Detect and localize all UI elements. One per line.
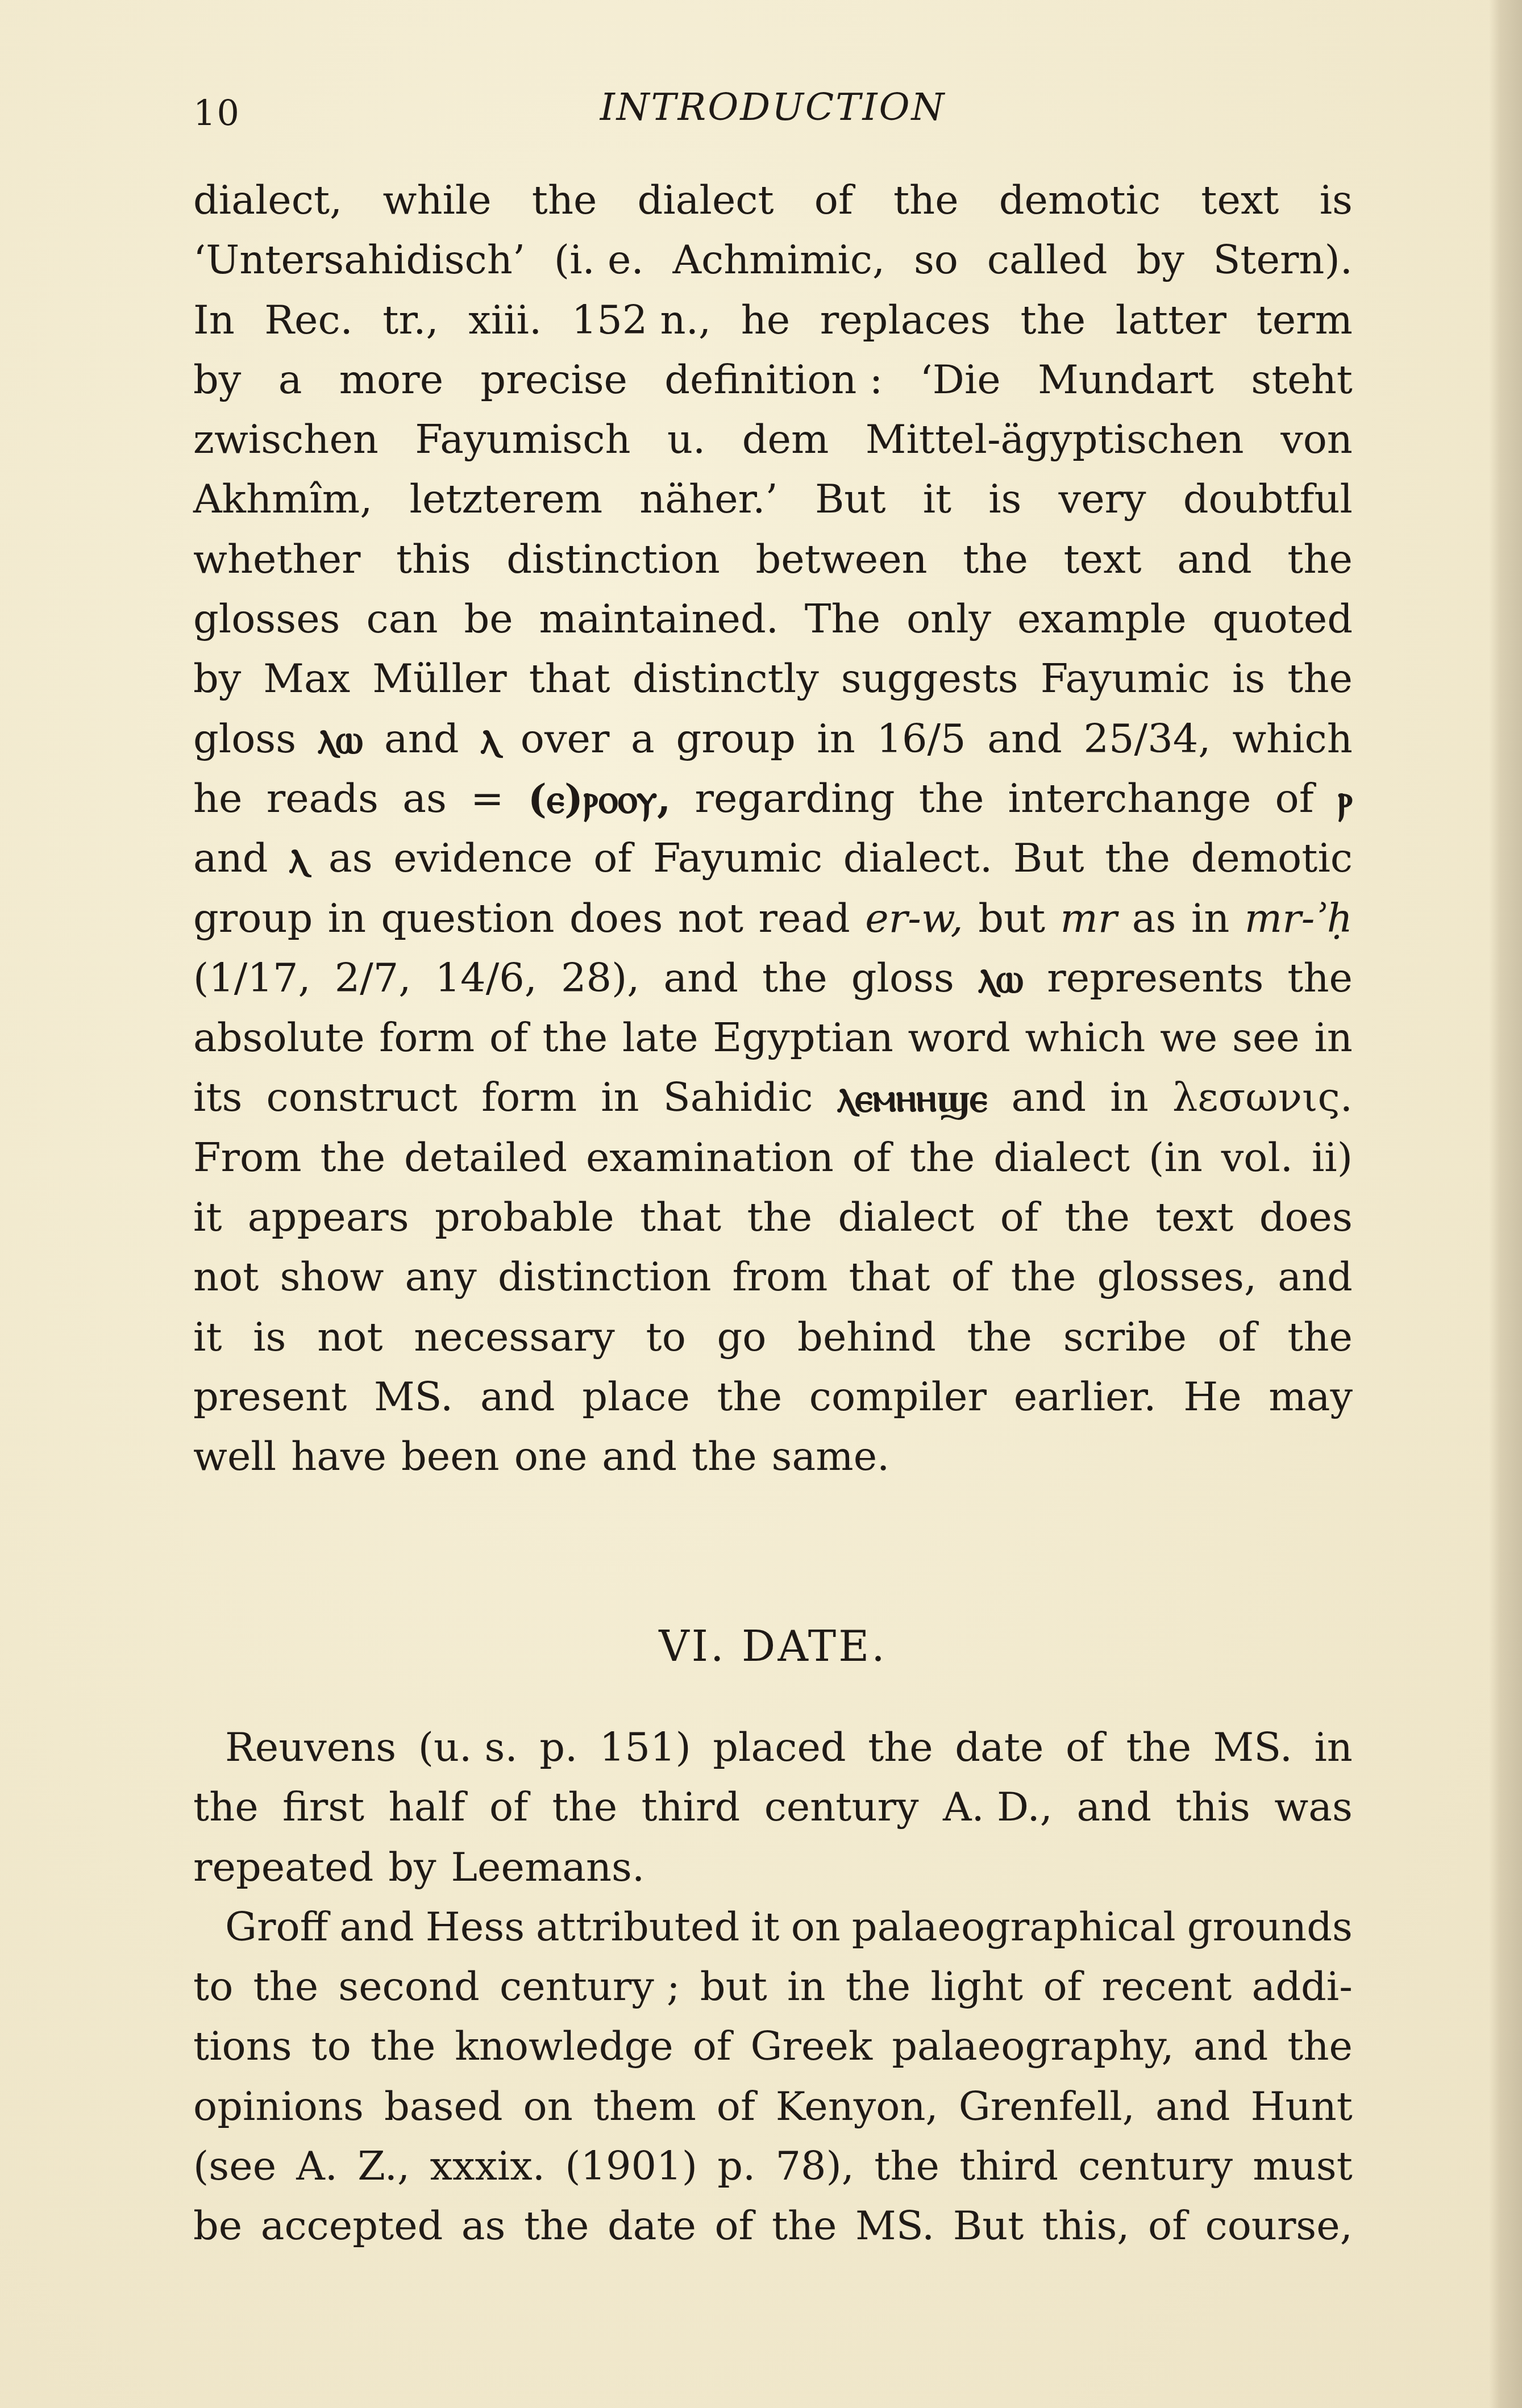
- text-line: andⲗasevidenceofFayumicdialect.Butthedem…: [193, 828, 1353, 888]
- word: attributed: [536, 1897, 739, 1957]
- word: gloss: [193, 709, 296, 769]
- word: MS.: [855, 2196, 934, 2256]
- word: of: [489, 1008, 528, 1068]
- word: half: [389, 1777, 465, 1837]
- word: the: [967, 1307, 1032, 1367]
- word: (1/17,: [193, 948, 311, 1008]
- word: example: [1017, 589, 1187, 649]
- word: construct: [267, 1068, 458, 1127]
- word: can: [366, 589, 438, 649]
- word: the: [1287, 1307, 1353, 1367]
- word: necessary: [414, 1307, 615, 1367]
- section-heading-date: VI. DATE.: [193, 1622, 1353, 1671]
- word: accepted: [261, 2196, 443, 2256]
- word: Fayumic: [1041, 649, 1210, 709]
- word: Mundart: [1038, 350, 1214, 410]
- word: does: [569, 889, 663, 948]
- text-line: byMaxMüllerthatdistinctlysuggestsFayumic…: [193, 649, 1353, 709]
- word: scribe: [1063, 1307, 1187, 1367]
- word: p.: [717, 2136, 755, 2196]
- word: question: [381, 889, 555, 948]
- word: have: [291, 1427, 386, 1486]
- book-page: 10 INTRODUCTION dialect,whilethedialecto…: [0, 0, 1522, 2408]
- word: In: [193, 290, 235, 350]
- word: he: [741, 290, 791, 350]
- word: =: [471, 769, 504, 828]
- word: Egyptian: [713, 1008, 893, 1068]
- word: Stern).: [1213, 230, 1353, 290]
- word: the: [762, 948, 827, 1008]
- text-line: ‘Untersahidisch’(i. e.Achmimic,socalledb…: [193, 230, 1353, 290]
- word: and: [1155, 2077, 1230, 2136]
- word: of: [489, 1777, 528, 1837]
- word: (1901): [565, 2136, 697, 2196]
- word: by: [1136, 230, 1184, 290]
- word: demotic: [999, 170, 1161, 230]
- word: Grenfell,: [959, 2077, 1135, 2136]
- word: mr: [1061, 889, 1117, 948]
- word: and: [1177, 530, 1252, 589]
- word: the: [910, 1128, 975, 1188]
- word: latter: [1116, 290, 1226, 350]
- word: But: [815, 469, 886, 529]
- word: λεσωνις.: [1172, 1068, 1353, 1127]
- word: the: [193, 1777, 259, 1837]
- word: the: [1021, 290, 1086, 350]
- word: and: [1194, 2017, 1269, 2076]
- text-line: beacceptedasthedateoftheMS.Butthis,ofcou…: [193, 2196, 1353, 2256]
- word: not: [317, 1307, 382, 1367]
- text-line: Fromthedetailedexaminationofthedialect(i…: [193, 1128, 1353, 1188]
- text-line: repeatedbyLeemans.: [193, 1838, 1353, 1897]
- word: of: [693, 2017, 731, 2076]
- word: first: [282, 1777, 364, 1837]
- word: mr-ʾḥ: [1245, 889, 1353, 948]
- word: which: [1232, 709, 1353, 769]
- word: the: [543, 1008, 608, 1068]
- word: a: [631, 709, 655, 769]
- text-line: (1/17,2/7,14/6,28),andtheglossⲗⲱrepresen…: [193, 948, 1353, 1008]
- word: based: [384, 2077, 503, 2136]
- word: be: [464, 589, 513, 649]
- word: ⲗⲱ: [978, 948, 1024, 1008]
- text-line: notshowanydistinctionfromthatoftheglosse…: [193, 1247, 1353, 1307]
- word: of: [853, 1128, 891, 1188]
- text-line: GroffandHessattributeditonpalaeographica…: [193, 1897, 1353, 1957]
- word: 2/7,: [335, 948, 411, 1008]
- word: tr.,: [382, 290, 438, 350]
- word: read: [759, 889, 850, 948]
- word: earlier.: [1014, 1367, 1157, 1427]
- word: Leemans.: [451, 1838, 645, 1897]
- word: of: [714, 2196, 753, 2256]
- word: the: [846, 1957, 911, 2017]
- word: be: [193, 2196, 242, 2256]
- word: (see: [193, 2136, 276, 2196]
- word: behind: [797, 1307, 936, 1367]
- word: and: [480, 1367, 555, 1427]
- word: and: [384, 709, 459, 769]
- word: demotic: [1191, 828, 1353, 888]
- word: to: [311, 2017, 351, 2076]
- word: compiler: [809, 1367, 987, 1427]
- word: by: [193, 350, 241, 410]
- word: is: [1320, 170, 1353, 230]
- word: 16/5: [876, 709, 966, 769]
- word: over: [521, 709, 610, 769]
- word: interchange: [1008, 769, 1251, 828]
- word: of: [717, 2077, 755, 2136]
- word: gloss: [851, 948, 954, 1008]
- word: ⲗ: [289, 828, 307, 888]
- word: dialect,: [193, 170, 342, 230]
- word: tions: [193, 2017, 292, 2076]
- word: ‘Die: [920, 350, 1001, 410]
- text-line: byamoreprecisedefinition :‘DieMundartste…: [193, 350, 1353, 410]
- word: and: [1076, 1777, 1151, 1837]
- text-line: itsconstructforminSahidicⲗⲉⲙⲏⲏϣⲉandinλεσ…: [193, 1068, 1353, 1127]
- word: A. D.,: [943, 1777, 1053, 1837]
- word: 151): [600, 1718, 691, 1777]
- word: zwischen: [193, 410, 379, 469]
- word: in: [787, 1957, 825, 2017]
- word: steht: [1251, 350, 1353, 410]
- text-line: whetherthisdistinctionbetweenthetextandt…: [193, 530, 1353, 589]
- word: er-w,: [865, 889, 963, 948]
- word: in: [328, 889, 366, 948]
- word: quoted: [1213, 589, 1353, 649]
- word: century: [1078, 2136, 1233, 2196]
- word: this: [1175, 1777, 1250, 1837]
- word: He: [1183, 1367, 1241, 1427]
- word: dialect: [838, 1188, 974, 1247]
- word: date: [955, 1718, 1043, 1777]
- word: xiii.: [468, 290, 542, 350]
- text-line: wellhavebeenoneandthesame.: [193, 1427, 1353, 1486]
- word: the: [692, 1427, 757, 1486]
- word: in: [601, 1068, 639, 1127]
- word: 25/34,: [1084, 709, 1211, 769]
- word: that: [849, 1247, 930, 1307]
- word: repeated: [193, 1838, 373, 1897]
- word: so: [914, 230, 958, 290]
- word: to: [193, 1957, 233, 2017]
- word: as: [402, 769, 447, 828]
- word: the: [1287, 2017, 1353, 2076]
- word: palaeographical: [852, 1897, 1176, 1957]
- word: by: [193, 649, 241, 709]
- word: of: [814, 170, 853, 230]
- text-line: opinionsbasedonthemofKenyon,Grenfell,and…: [193, 2077, 1353, 2136]
- word: was: [1274, 1777, 1353, 1837]
- word: them: [593, 2077, 696, 2136]
- word: as: [461, 2196, 506, 2256]
- word: more: [339, 350, 443, 410]
- word: Fayumic: [653, 828, 822, 888]
- word: Max: [263, 649, 350, 709]
- word: (ⲉ)ⲣⲟⲟⲩ,: [528, 769, 671, 828]
- word: century ;: [500, 1957, 680, 2017]
- word: to: [646, 1307, 686, 1367]
- word: But: [953, 2196, 1024, 2256]
- word: MS.: [374, 1367, 453, 1427]
- word: of: [951, 1247, 990, 1307]
- word: Greek: [751, 2017, 873, 2076]
- word: definition :: [664, 350, 883, 410]
- word: but: [700, 1957, 767, 2017]
- word: this: [396, 530, 471, 589]
- word: the: [524, 2196, 589, 2256]
- word: dialect: [638, 170, 774, 230]
- running-head: INTRODUCTION: [193, 85, 1353, 129]
- word: form: [379, 1008, 475, 1068]
- word: regarding: [695, 769, 895, 828]
- word: in: [1314, 1008, 1352, 1068]
- word: course,: [1205, 2196, 1353, 2256]
- word: and: [193, 828, 268, 888]
- text-line: InRec.tr.,xiii.152 n.,hereplacesthelatte…: [193, 290, 1353, 350]
- word: glosses: [193, 589, 340, 649]
- word: placed: [713, 1718, 846, 1777]
- word: may: [1269, 1367, 1353, 1427]
- word: absolute: [193, 1008, 365, 1068]
- word: on: [791, 1897, 841, 1957]
- text-line: tothesecondcentury ;butinthelightofrecen…: [193, 1957, 1353, 2017]
- word: text: [1201, 170, 1279, 230]
- word: and: [1012, 1068, 1087, 1127]
- paragraph-dialect: dialect,whilethedialectofthedemotictexti…: [193, 170, 1353, 1487]
- text-line: (seeA.Z.,xxxix.(1901)p.78),thethirdcentu…: [193, 2136, 1353, 2196]
- word: evidence: [393, 828, 572, 888]
- word: not: [678, 889, 743, 948]
- word: Rec.: [264, 290, 353, 350]
- word: ⲗⲱ: [318, 709, 363, 769]
- word: distinction: [498, 1247, 712, 1307]
- text-line: thefirsthalfofthethirdcenturyA. D.,andth…: [193, 1777, 1353, 1837]
- word: But: [1013, 828, 1084, 888]
- word: and: [339, 1897, 414, 1957]
- word: while: [382, 170, 491, 230]
- text-line: tionstotheknowledgeofGreekpalaeography,a…: [193, 2017, 1353, 2076]
- text-line: itisnotnecessarytogobehindthescribeofthe: [193, 1307, 1353, 1367]
- text-line: zwischenFayumischu.demMittel-ägyptischen…: [193, 410, 1353, 469]
- word: addi-: [1251, 1957, 1352, 2017]
- word: second: [338, 1957, 480, 2017]
- word: the: [747, 1188, 812, 1247]
- word: very: [1059, 469, 1146, 529]
- word: the: [1064, 1188, 1130, 1247]
- word: Sahidic: [663, 1068, 813, 1127]
- word: it: [193, 1307, 222, 1367]
- text-line: Akhmîm,letzteremnäher.’Butitisverydoubtf…: [193, 469, 1353, 529]
- word: the: [1287, 948, 1353, 1008]
- word: reads: [267, 769, 379, 828]
- word: dem: [742, 410, 829, 469]
- word: palaeography,: [892, 2017, 1174, 2076]
- word: Akhmîm,: [193, 469, 372, 529]
- word: this,: [1042, 2196, 1130, 2256]
- word: it: [923, 469, 952, 529]
- word: the: [868, 1718, 933, 1777]
- word: doubtful: [1183, 469, 1353, 529]
- word: text: [1155, 1188, 1233, 1247]
- word: is: [253, 1307, 286, 1367]
- word: term: [1257, 290, 1353, 350]
- text-line: glossescanbemaintained.Theonlyexamplequo…: [193, 589, 1353, 649]
- word: opinions: [193, 2077, 364, 2136]
- word: date: [608, 2196, 696, 2256]
- word: from: [733, 1247, 828, 1307]
- word: the: [1287, 649, 1353, 709]
- word: 152 n.,: [572, 290, 711, 350]
- word: u.: [667, 410, 705, 469]
- word: Kenyon,: [776, 2077, 938, 2136]
- word: recent: [1102, 1957, 1232, 2017]
- word: A.: [296, 2136, 338, 2196]
- word: von: [1280, 410, 1353, 469]
- word: and: [1278, 1247, 1353, 1307]
- word: the: [320, 1128, 385, 1188]
- word: show: [280, 1247, 384, 1307]
- word: and: [987, 709, 1062, 769]
- word: its: [193, 1068, 242, 1127]
- word: present: [193, 1367, 347, 1427]
- word: Achmimic,: [672, 230, 885, 290]
- word: of: [1043, 1957, 1082, 2017]
- word: word: [908, 1008, 1010, 1068]
- word: place: [582, 1367, 690, 1427]
- text-line: dialect,whilethedialectofthedemotictexti…: [193, 170, 1353, 230]
- text-line: glossⲗⲱandⲗoveragroupin16/5and25/34,whic…: [193, 709, 1353, 769]
- word: of: [593, 828, 632, 888]
- word: late: [622, 1008, 698, 1068]
- word: represents: [1047, 948, 1263, 1008]
- word: Groff: [225, 1897, 328, 1957]
- word: third: [959, 2136, 1058, 2196]
- text-line: absoluteformofthelateEgyptianwordwhichwe…: [193, 1008, 1353, 1068]
- word: been: [401, 1427, 500, 1486]
- word: The: [805, 589, 880, 649]
- word: probable: [435, 1188, 614, 1247]
- word: Hess: [426, 1897, 525, 1957]
- word: form: [481, 1068, 577, 1127]
- text-line: itappearsprobablethatthedialectofthetext…: [193, 1188, 1353, 1247]
- word: Reuvens: [225, 1718, 396, 1777]
- word: of: [1066, 1718, 1104, 1777]
- word: Mittel-ägyptischen: [866, 410, 1244, 469]
- word: ⲗ: [480, 709, 499, 769]
- word: the: [874, 2136, 939, 2196]
- word: näher.’: [639, 469, 778, 529]
- word: (in: [1149, 1128, 1203, 1188]
- word: any: [405, 1247, 477, 1307]
- word: Müller: [372, 649, 506, 709]
- word: dialect: [993, 1128, 1130, 1188]
- word: the: [552, 1777, 617, 1837]
- word: the: [919, 769, 984, 828]
- word: in: [1110, 1068, 1148, 1127]
- word: 28),: [561, 948, 640, 1008]
- word: the: [532, 170, 597, 230]
- word: ⲗⲉⲙⲏⲏϣⲉ: [837, 1068, 988, 1127]
- page-header: 10 INTRODUCTION: [193, 85, 1353, 136]
- word: as: [328, 828, 373, 888]
- word: by: [388, 1838, 436, 1897]
- word: the: [1287, 530, 1353, 589]
- word: it: [751, 1897, 780, 1957]
- word: in: [1314, 1718, 1352, 1777]
- section-date-body: Reuvens(u. s.p.151)placedthedateoftheMS.…: [193, 1718, 1353, 2256]
- word: the: [1011, 1247, 1076, 1307]
- word: distinction: [506, 530, 720, 589]
- word: p.: [539, 1718, 577, 1777]
- word: detailed: [404, 1128, 567, 1188]
- word: distinctly: [633, 649, 819, 709]
- word: the: [1126, 1718, 1191, 1777]
- word: of: [1148, 2196, 1187, 2256]
- word: the: [371, 2017, 436, 2076]
- word: only: [906, 589, 991, 649]
- word: ii): [1312, 1128, 1353, 1188]
- word: text: [1063, 530, 1141, 589]
- word: in: [1191, 889, 1229, 948]
- word: on: [523, 2077, 573, 2136]
- word: light: [930, 1957, 1023, 2017]
- word: knowledge: [455, 2017, 673, 2076]
- word: called: [987, 230, 1108, 290]
- word: precise: [480, 350, 627, 410]
- word: but: [978, 889, 1045, 948]
- word: whether: [193, 530, 361, 589]
- word: the: [893, 170, 959, 230]
- word: glosses,: [1097, 1247, 1257, 1307]
- word: ‘Untersahidisch’: [193, 230, 525, 290]
- text-line: hereadsas=(ⲉ)ⲣⲟⲟⲩ,regardingtheinterchang…: [193, 769, 1353, 828]
- word: replaces: [820, 290, 991, 350]
- word: Z.,: [357, 2136, 410, 2196]
- word: From: [193, 1128, 302, 1188]
- word: it: [193, 1188, 222, 1247]
- word: century: [764, 1777, 919, 1837]
- word: see: [1232, 1008, 1300, 1068]
- word: must: [1253, 2136, 1353, 2196]
- word: third: [641, 1777, 740, 1837]
- word: group: [676, 709, 795, 769]
- word: that: [640, 1188, 721, 1247]
- word: 78),: [775, 2136, 854, 2196]
- word: of: [1000, 1188, 1039, 1247]
- word: the: [253, 1957, 318, 2017]
- word: not: [193, 1247, 259, 1307]
- word: (u. s.: [418, 1718, 518, 1777]
- word: (i. e.: [554, 230, 644, 290]
- word: well: [193, 1427, 276, 1486]
- word: he: [193, 769, 243, 828]
- word: the: [772, 2196, 837, 2256]
- word: and: [664, 948, 739, 1008]
- word: 14/6,: [435, 948, 537, 1008]
- word: suggests: [841, 649, 1018, 709]
- word: appears: [248, 1188, 409, 1247]
- word: the: [1105, 828, 1170, 888]
- word: that: [529, 649, 610, 709]
- word: Fayumisch: [415, 410, 630, 469]
- word: Hunt: [1251, 2077, 1353, 2136]
- word: in: [817, 709, 855, 769]
- word: group: [193, 889, 313, 948]
- word: same.: [772, 1427, 890, 1486]
- word: of: [1275, 769, 1314, 828]
